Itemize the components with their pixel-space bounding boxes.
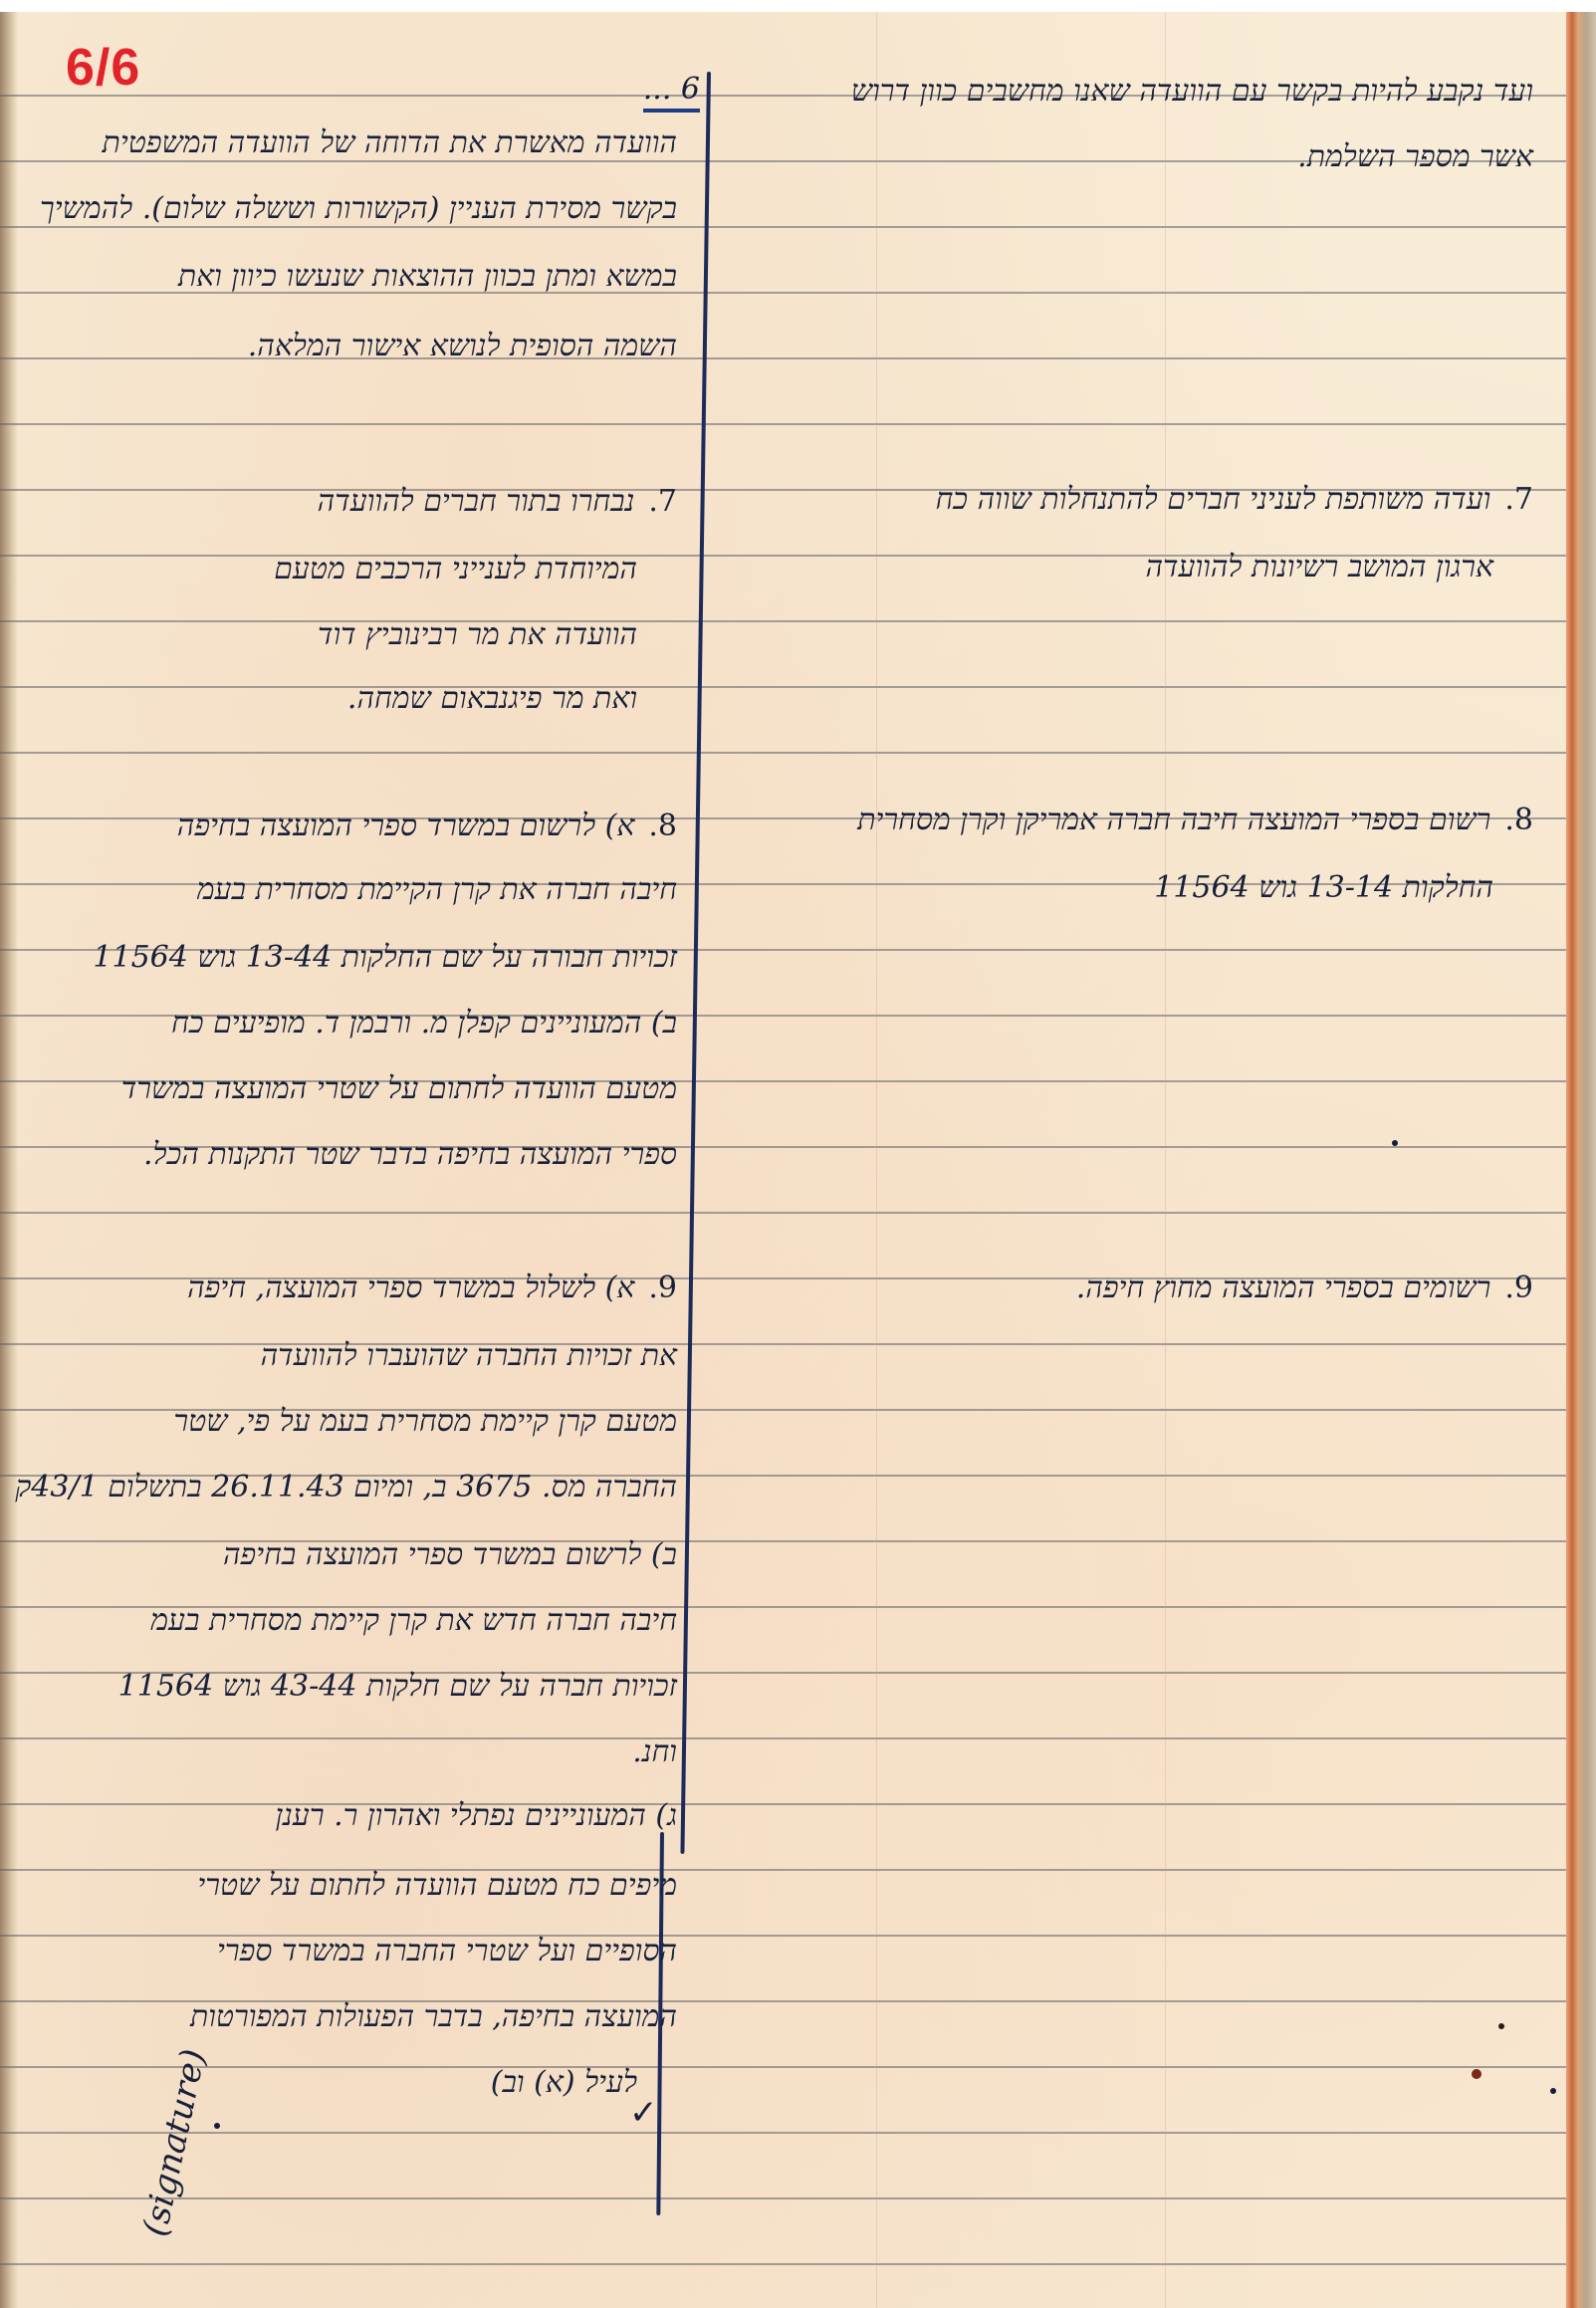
text-line: לעיל (א) וב) <box>491 2063 637 2103</box>
text-line: 7.נבחרו בתור חברים להוועדה <box>318 482 677 522</box>
text-line: ספרי המועצה בחיפה בדבר שטר התקנות הכל. <box>143 1135 677 1175</box>
ink-spot <box>1550 2088 1556 2094</box>
text-line: ארגון המושב רשיונות להוועדה <box>1145 548 1493 587</box>
text-line: חיבה חברה את קרן הקיימת מסחרית בעמ <box>197 870 677 910</box>
right-column: ועד נקבע להיות בקשר עם הוועדה שאנו מחשבי… <box>737 12 1533 2302</box>
text: רשום בספרי המועצה חיבה חברה אמריקן וקרן … <box>857 803 1490 837</box>
text-line: זכויות חברה על שם חלקות 43-44 גוש 11564 <box>118 1667 677 1707</box>
item-number: 7. <box>648 484 677 519</box>
text-line: מטעם הוועדה לחתום על שטרי המועצה במשרד <box>121 1069 677 1109</box>
left-column: הוועדה מאשרת את הדוחה של הוועדה המשפטית … <box>40 12 677 2302</box>
ink-spot <box>1392 1140 1398 1146</box>
text-line: החלקות 13-14 גוש 11564 <box>1154 868 1493 908</box>
text-line: המועצה בחיפה, בדבר הפעולות המפורטות <box>190 1997 677 2037</box>
text-line: 8.רשום בספרי המועצה חיבה חברה אמריקן וקר… <box>857 801 1533 840</box>
ink-spot <box>1498 2023 1504 2029</box>
item-number: 8. <box>648 808 677 843</box>
text-line: זכויות חבורה על שם החלקות 13-44 גוש 1156… <box>93 938 677 978</box>
text: א) לשלול במשרד ספרי המועצה, חיפה <box>187 1270 634 1305</box>
text-line: במשא ומתן בכוון ההוצאות שנעשו כיוון ואת <box>178 257 677 297</box>
text-line: החברה מס. 3675 ב, ומיום 26.11.43 בתשלום … <box>15 1468 677 1507</box>
text-line: ועד נקבע להיות בקשר עם הוועדה שאנו מחשבי… <box>851 72 1533 112</box>
signature: (signature) <box>135 2046 214 2240</box>
text: רשומים בספרי המועצה מחוץ חיפה. <box>1076 1270 1491 1305</box>
text: נבחרו בתור חברים להוועדה <box>318 484 635 519</box>
item-number: 9. <box>1504 1270 1533 1305</box>
ink-spot <box>1472 2069 1482 2079</box>
text-line: ב) לרשום במשרד ספרי המועצה בחיפה <box>223 1535 677 1575</box>
text-line: מיפים כח מטעם הוועדה לחתום על שטרי <box>197 1866 677 1906</box>
text-line: הוועדה מאשרת את הדוחה של הוועדה המשפטית <box>103 123 677 163</box>
column-divider <box>680 72 711 1854</box>
text-line: הסופיים ועל שטרי החברה במשרד ספרי <box>217 1932 677 1971</box>
item-number: 9. <box>648 1270 677 1305</box>
item-number: 7. <box>1504 482 1533 517</box>
item-number: 8. <box>1504 803 1533 837</box>
text-line: ואת מר פיגנבאום שמחה. <box>347 679 637 719</box>
text-line: מטעם קרן קיימת מסחרית בעמ על פי, שטר <box>173 1402 677 1442</box>
text-line: בקשר מסירת העניין (הקשורות וששלה שלום). … <box>40 189 677 229</box>
text: ועדה משותפת לעניני חברים להתנחלות שווה כ… <box>936 482 1491 517</box>
text-line: ג) המעוניינים נפתלי ואהרון ר. רענן <box>275 1796 677 1836</box>
text-line: 8.א) לרשום במשרד ספרי המועצה בחיפה <box>177 807 677 846</box>
text-line: אשר מספר השלמת. <box>1297 137 1533 177</box>
text-line: 9.א) לשלול במשרד ספרי המועצה, חיפה <box>187 1269 677 1308</box>
text-line: המיוחדת לענייני הרכבים מטעם <box>274 550 637 589</box>
text-line: את זכויות החברה שהועברו להוועדה <box>261 1336 677 1376</box>
text-line: הוועדה את מר רבינוביץ דוד <box>318 615 637 655</box>
text-line: ב) המעוניינים קפלן מ. ורבמן ד. מופיעים כ… <box>171 1004 677 1043</box>
text: א) לרשום במשרד ספרי המועצה בחיפה <box>177 808 635 843</box>
check-mark-icon: ✓ <box>629 2093 658 2133</box>
text-line: 9.רשומים בספרי המועצה מחוץ חיפה. <box>1076 1269 1533 1308</box>
binding-edge <box>1566 12 1596 2308</box>
text-line: השמה הסופית לנושא אישור המלאה. <box>248 327 677 366</box>
text-line: וחנ. <box>632 1732 677 1772</box>
text-line: 7.ועדה משותפת לעניני חברים להתנחלות שווה… <box>936 480 1533 520</box>
ink-spot <box>214 2123 220 2129</box>
notebook-page: 6/6 6 ... הוועדה מאשרת את הדוחה של הוועד… <box>0 12 1596 2308</box>
text-line: חיבה חברה חדש את קרן קיימת מסחרית בעמ <box>150 1601 677 1641</box>
